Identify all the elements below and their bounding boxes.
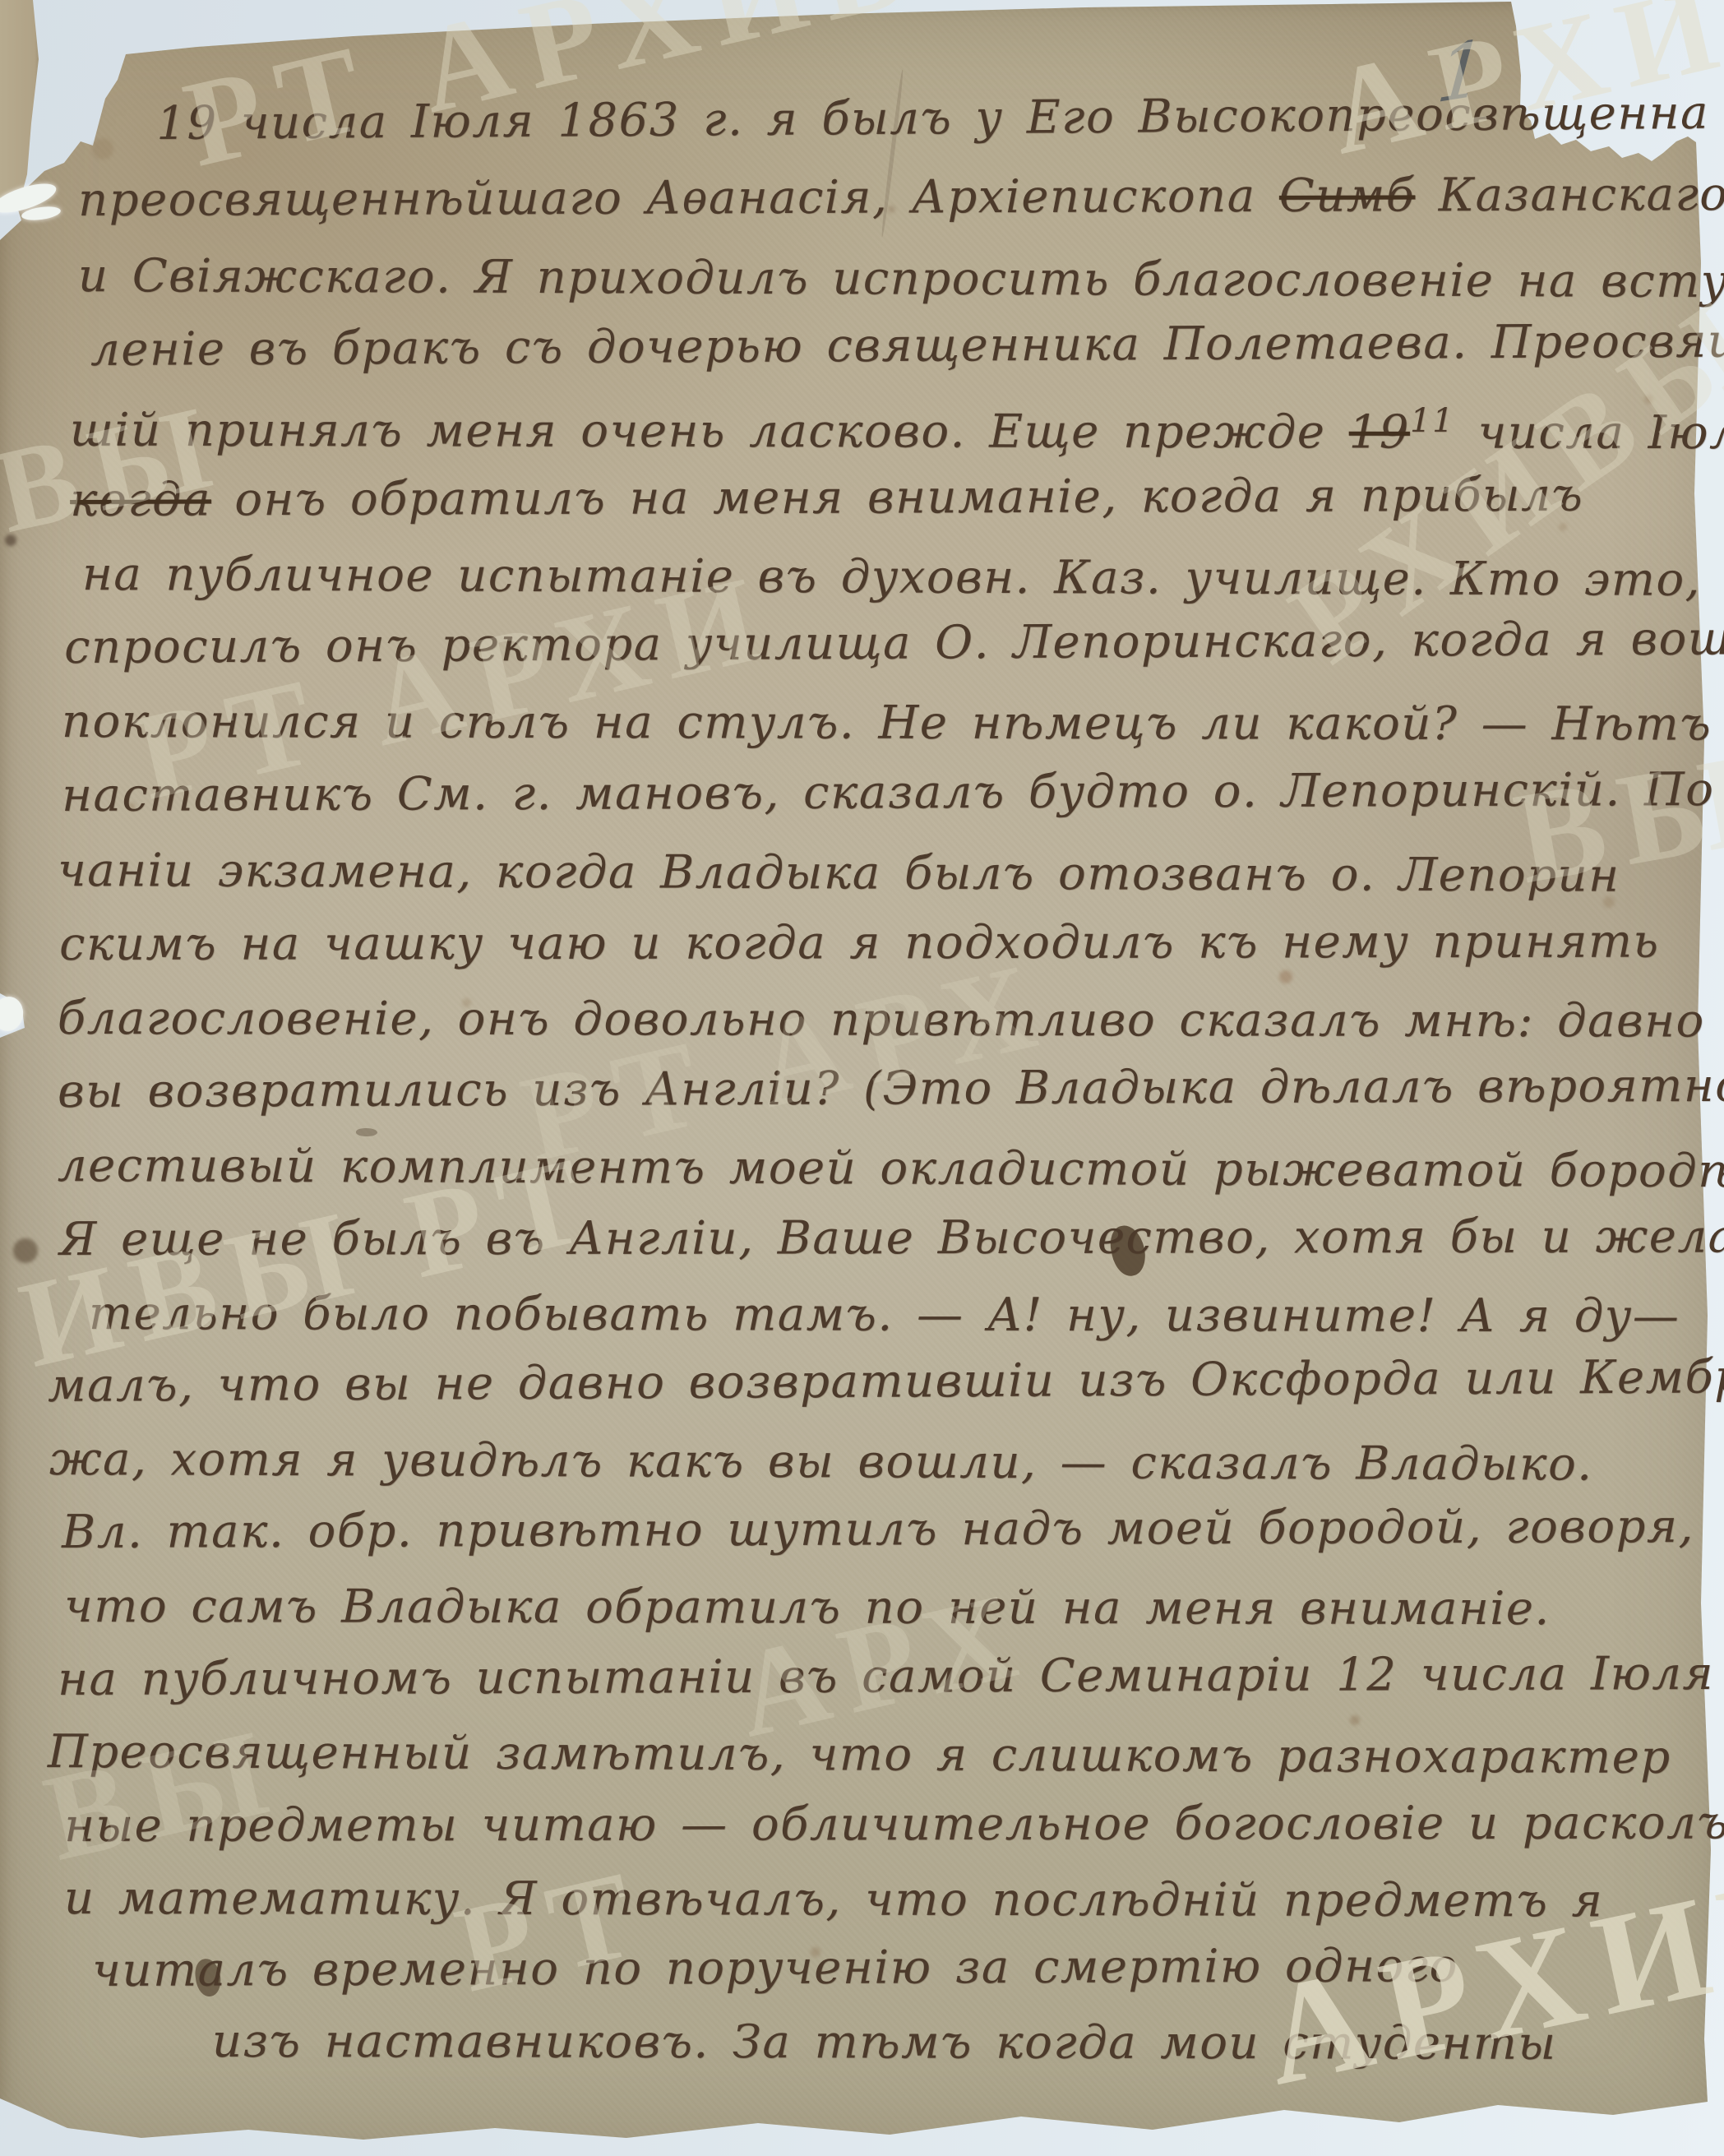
- manuscript-page: [0, 0, 1724, 2156]
- page-number-pencil: 1: [1434, 23, 1489, 121]
